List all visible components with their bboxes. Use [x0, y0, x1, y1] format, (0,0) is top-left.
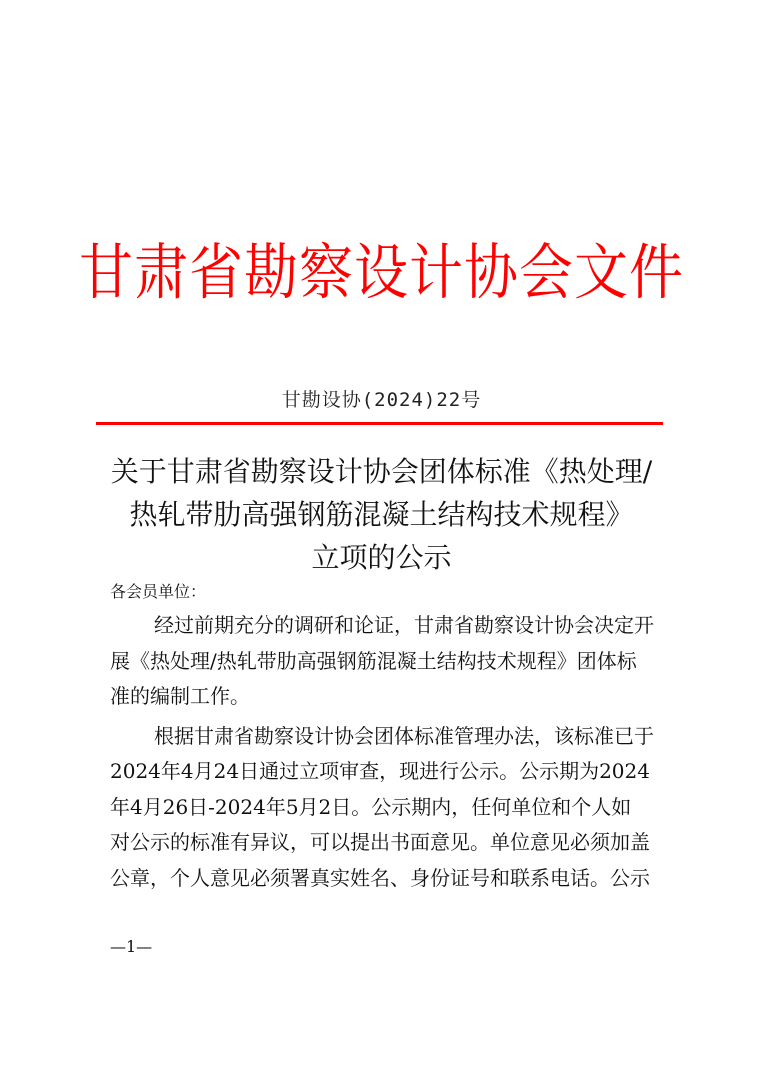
- paragraph-line: 公章，个人意见必须署真实姓名、身份证号和联系电话。公示: [110, 861, 655, 897]
- title-line: 立项的公示: [100, 536, 663, 579]
- title-line: 关于甘肃省勘察设计协会团体标准《热处理/: [100, 450, 663, 493]
- salutation: 各会员单位：: [110, 580, 655, 604]
- paragraph-1: 经过前期充分的调研和论证，甘肃省勘察设计协会决定开 展《热处理/热轧带肋高强钢筋…: [110, 608, 655, 715]
- page-number: —1—: [110, 937, 152, 957]
- paragraph-line: 准的编制工作。: [110, 679, 655, 715]
- masthead-title: 甘肃省勘察设计协会文件: [0, 234, 763, 312]
- paragraph-2: 根据甘肃省勘察设计协会团体标准管理办法，该标准已于 2024年4月24日通过立项…: [110, 719, 655, 897]
- paragraph-line: 经过前期充分的调研和论证，甘肃省勘察设计协会决定开: [110, 608, 655, 644]
- paragraph-line: 根据甘肃省勘察设计协会团体标准管理办法，该标准已于: [110, 719, 655, 755]
- paragraph-line: 2024年4月24日通过立项审查，现进行公示。公示期为2024: [110, 754, 655, 790]
- paragraph-line: 展《热处理/热轧带肋高强钢筋混凝土结构技术规程》团体标: [110, 644, 655, 680]
- title-line: 热轧带肋高强钢筋混凝土结构技术规程》: [100, 493, 663, 536]
- document-number: 甘勘设协(2024)22号: [0, 387, 763, 413]
- notice-title: 关于甘肃省勘察设计协会团体标准《热处理/ 热轧带肋高强钢筋混凝土结构技术规程》 …: [100, 450, 663, 579]
- document-page: 甘肃省勘察设计协会文件 甘勘设协(2024)22号 关于甘肃省勘察设计协会团体标…: [0, 0, 763, 1068]
- document-body: 各会员单位： 经过前期充分的调研和论证，甘肃省勘察设计协会决定开 展《热处理/热…: [110, 580, 655, 896]
- paragraph-line: 年4月26日-2024年5月2日。公示期内，任何单位和个人如: [110, 790, 655, 826]
- red-divider-rule: [96, 422, 663, 425]
- paragraph-line: 对公示的标准有异议，可以提出书面意见。单位意见必须加盖: [110, 825, 655, 861]
